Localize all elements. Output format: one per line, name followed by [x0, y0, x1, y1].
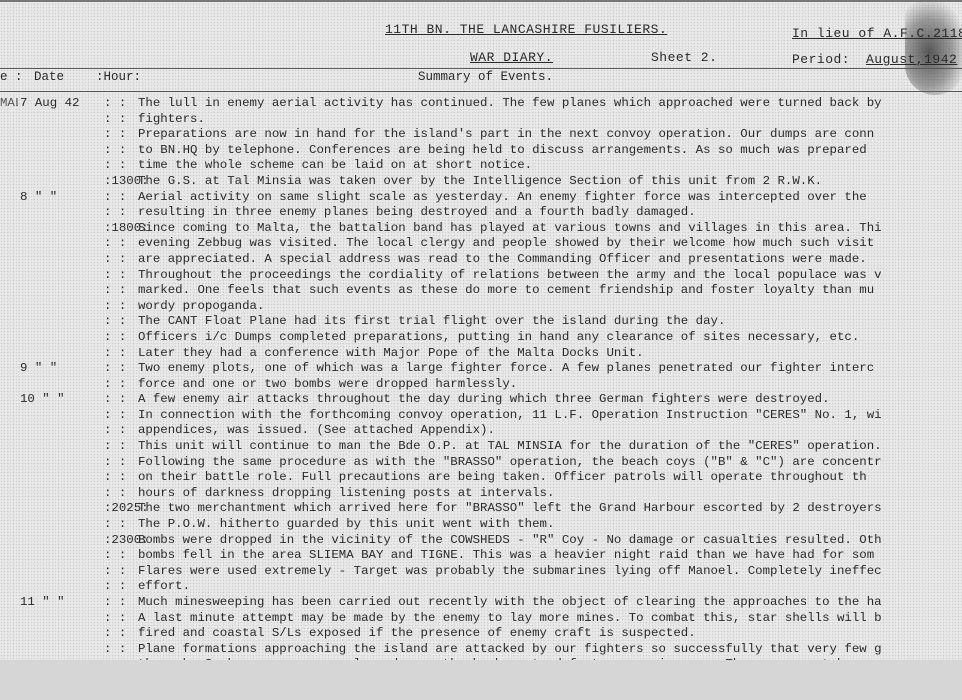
date-cell: 11 " ": [20, 595, 105, 611]
hour-cell: : :: [104, 299, 140, 315]
event-text: Much minesweeping has been carried out r…: [138, 595, 962, 611]
diary-row: : :fighters.: [0, 112, 962, 128]
hour-cell: : :: [104, 439, 140, 455]
diary-row: : :hours of darkness dropping listening …: [0, 486, 962, 502]
event-text: to BN.HQ by telephone. Conferences are b…: [138, 143, 962, 159]
event-text: Since coming to Malta, the battalion ban…: [138, 221, 962, 237]
diary-row: : :force and one or two bombs were dropp…: [0, 377, 962, 393]
event-text: bombs fell in the area SLIEMA BAY and TI…: [138, 548, 962, 564]
event-text: on their battle role. Full precautions a…: [138, 470, 962, 486]
diary-row: 11 " ": :Much minesweeping has been carr…: [0, 595, 962, 611]
diary-row: : :A last minute attempt may be made by …: [0, 611, 962, 627]
diary-row: : :Following the same procedure as with …: [0, 455, 962, 471]
hour-cell: :1300:: [104, 174, 140, 190]
event-text: force and one or two bombs were dropped …: [138, 377, 962, 393]
diary-row: : :Plane formations approaching the isla…: [0, 642, 962, 658]
hour-cell: : :: [104, 642, 140, 658]
hour-cell: : :: [104, 611, 140, 627]
diary-row: : :effort.: [0, 579, 962, 595]
hour-cell: : :: [104, 579, 140, 595]
event-text: time the whole scheme can be laid on at …: [138, 158, 962, 174]
hour-cell: : :: [104, 190, 140, 206]
diary-row: : :time the whole scheme can be laid on …: [0, 158, 962, 174]
event-text: fired and coastal S/Ls exposed if the pr…: [138, 626, 962, 642]
hour-cell: :2300:: [104, 533, 140, 549]
date-cell: 9 " ": [20, 361, 105, 377]
column-place: Place :: [0, 70, 23, 84]
hour-cell: : :: [104, 408, 140, 424]
event-text: This unit will continue to man the Bde O…: [138, 439, 962, 455]
hour-cell: : :: [104, 377, 140, 393]
event-text: resulting in three enemy planes being de…: [138, 205, 962, 221]
diary-row: : :wordy propoganda.: [0, 299, 962, 315]
diary-row: : :In connection with the forthcoming co…: [0, 408, 962, 424]
event-text: The P.O.W. hitherto guarded by this unit…: [138, 517, 962, 533]
event-text: The two merchantment which arrived here …: [138, 501, 962, 517]
event-text: Aerial activity on same slight scale as …: [138, 190, 962, 206]
diary-row: : :on their battle role. Full precaution…: [0, 470, 962, 486]
hour-cell: : :: [104, 517, 140, 533]
hour-cell: :2025:: [104, 501, 140, 517]
diary-row: : :bombs fell in the area SLIEMA BAY and…: [0, 548, 962, 564]
event-text: Plane formations approaching the island …: [138, 642, 962, 658]
diary-row: : :appendices, was issued. (See attached…: [0, 423, 962, 439]
unit-title: 11TH BN. THE LANCASHIRE FUSILIERS.: [385, 22, 667, 37]
diary-row: : :Officers i/c Dumps completed preparat…: [0, 330, 962, 346]
event-text: In connection with the forthcoming convo…: [138, 408, 962, 424]
hour-cell: : :: [104, 361, 140, 377]
hour-cell: : :: [104, 127, 140, 143]
hour-cell: : :: [104, 236, 140, 252]
war-diary-page: 11TH BN. THE LANCASHIRE FUSILIERS. In li…: [0, 0, 962, 661]
hour-cell: : :: [104, 283, 140, 299]
event-text: effort.: [138, 579, 962, 595]
event-text: appendices, was issued. (See attached Ap…: [138, 423, 962, 439]
date-cell: 7 Aug 42: [20, 96, 105, 112]
diary-row: MALTA7 Aug 42: :The lull in enemy aerial…: [0, 96, 962, 112]
event-text: Throughout the proceedings the cordialit…: [138, 268, 962, 284]
diary-row: 9 " ": :Two enemy plots, one of which wa…: [0, 361, 962, 377]
hour-cell: : :: [104, 252, 140, 268]
diary-row: : :evening Zebbug was visited. The local…: [0, 236, 962, 252]
hour-cell: : :: [104, 626, 140, 642]
scan-edge: [0, 0, 962, 2]
hour-cell: : :: [104, 268, 140, 284]
hour-cell: : :: [104, 392, 140, 408]
place-cell: MALTA: [0, 96, 18, 112]
hour-cell: : :: [104, 143, 140, 159]
hour-cell: : :: [104, 455, 140, 471]
event-text: The G.S. at Tal Minsia was taken over by…: [138, 174, 962, 190]
event-text: wordy propoganda.: [138, 299, 962, 315]
event-text: The lull in enemy aerial activity has co…: [138, 96, 962, 112]
diary-row: :1300:The G.S. at Tal Minsia was taken o…: [0, 174, 962, 190]
hour-cell: : :: [104, 205, 140, 221]
diary-row: 10 " ": :A few enemy air attacks through…: [0, 392, 962, 408]
date-cell: 8 " ": [20, 190, 105, 206]
period-label: Period:: [792, 52, 850, 67]
column-hour: :Hour:: [96, 70, 141, 84]
hour-cell: : :: [104, 346, 140, 362]
hour-cell: :1800:: [104, 221, 140, 237]
column-date: Date: [34, 70, 64, 84]
diary-row: : :fired and coastal S/Ls exposed if the…: [0, 626, 962, 642]
document-title: WAR DIARY.: [470, 50, 553, 65]
event-text: Following the same procedure as with the…: [138, 455, 962, 471]
diary-row: : :This unit will continue to man the Bd…: [0, 439, 962, 455]
diary-row: 8 " ": :Aerial activity on same slight s…: [0, 190, 962, 206]
column-summary: Summary of Events.: [418, 70, 553, 84]
diary-row: : :to BN.HQ by telephone. Conferences ar…: [0, 143, 962, 159]
period-value: August,1942: [866, 52, 957, 67]
diary-row: : :The P.O.W. hitherto guarded by this u…: [0, 517, 962, 533]
diary-row: : :Flares were used extremely - Target w…: [0, 564, 962, 580]
hour-cell: : :: [104, 314, 140, 330]
scan-smudge: [905, 0, 962, 95]
diary-row: : :Later they had a conference with Majo…: [0, 346, 962, 362]
event-text: fighters.: [138, 112, 962, 128]
hour-cell: : :: [104, 330, 140, 346]
diary-row: : :Throughout the proceedings the cordia…: [0, 268, 962, 284]
hour-cell: : :: [104, 470, 140, 486]
hour-cell: : :: [104, 112, 140, 128]
diary-row: : :are appreciated. A special address wa…: [0, 252, 962, 268]
hour-cell: : :: [104, 158, 140, 174]
event-text: are appreciated. A special address was r…: [138, 252, 962, 268]
diary-row: :2300:Bombs were dropped in the vicinity…: [0, 533, 962, 549]
diary-row: : :marked. One feels that such events as…: [0, 283, 962, 299]
diary-row: : :resulting in three enemy planes being…: [0, 205, 962, 221]
event-text: The CANT Float Plane had its first trial…: [138, 314, 962, 330]
hour-cell: : :: [104, 423, 140, 439]
date-cell: 10 " ": [20, 392, 105, 408]
hour-cell: : :: [104, 486, 140, 502]
event-text: Preparations are now in hand for the isl…: [138, 127, 962, 143]
event-text: marked. One feels that such events as th…: [138, 283, 962, 299]
hour-cell: : :: [104, 595, 140, 611]
header-rule-top: [0, 68, 962, 69]
header-rule-bottom: [0, 91, 962, 92]
event-text: evening Zebbug was visited. The local cl…: [138, 236, 962, 252]
diary-row: : :The CANT Float Plane had its first tr…: [0, 314, 962, 330]
event-text: Flares were used extremely - Target was …: [138, 564, 962, 580]
event-text: A few enemy air attacks throughout the d…: [138, 392, 962, 408]
event-text: Bombs were dropped in the vicinity of th…: [138, 533, 962, 549]
diary-entries: MALTA7 Aug 42: :The lull in enemy aerial…: [0, 96, 962, 700]
sheet-number: Sheet 2.: [651, 50, 717, 65]
scanner-background: [0, 660, 962, 700]
diary-row: :2025:The two merchantment which arrived…: [0, 501, 962, 517]
diary-row: : :Preparations are now in hand for the …: [0, 127, 962, 143]
in-lieu-form: In lieu of A.F.C.2118: [792, 26, 962, 41]
event-text: hours of darkness dropping listening pos…: [138, 486, 962, 502]
hour-cell: : :: [104, 96, 140, 112]
event-text: Two enemy plots, one of which was a larg…: [138, 361, 962, 377]
hour-cell: : :: [104, 548, 140, 564]
hour-cell: : :: [104, 564, 140, 580]
event-text: A last minute attempt may be made by the…: [138, 611, 962, 627]
event-text: Officers i/c Dumps completed preparation…: [138, 330, 962, 346]
event-text: Later they had a conference with Major P…: [138, 346, 962, 362]
diary-row: :1800:Since coming to Malta, the battali…: [0, 221, 962, 237]
